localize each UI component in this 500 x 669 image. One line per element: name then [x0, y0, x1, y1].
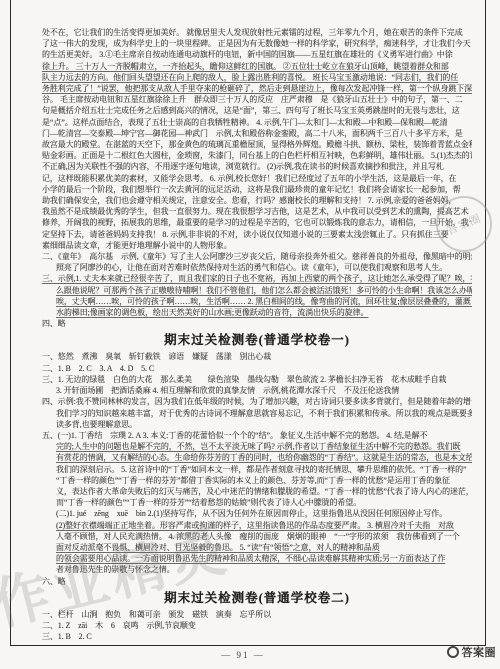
answer-line: 一、栏杆 山涧 抱负 和蔼可亲 颁发 磁铁 演奏 忘乎所以 — [42, 609, 472, 620]
answer-line: 二、《童年》 高尔基 示例,《童年》写了主人公阿廖沙三岁丧父后，随母亲投奔外祖父… — [42, 251, 472, 262]
answer-line: (2)整好衣襟端端正正地坐着。形容严肃或拘谨的样子，这里指读鲁迅的作品态度要严肃… — [42, 520, 472, 531]
logo-text: 答案圈 — [462, 644, 497, 660]
answer-line: 不正确,因为关联性不强的内容，不用逐字逐句地读，浏览就行。 (2)示例,我在读书… — [42, 161, 472, 172]
exam2-title: 期末过关检测卷(普通学校卷二) — [42, 591, 472, 606]
answer-line: 一、悠然 煮沸 臭氧 斩钉截铁 谚语 嫌疑 荡漾 别出心裁 — [42, 351, 472, 362]
answer-line: 人毫不顾惜，对人民充满热情。 4. 浓黑的老人头像 瘦削的面庞 炯炯的眼神 “一… — [42, 531, 472, 542]
answer-line: 四、示例:我不赞同林林的发言，因为我们在低年级的时候，为了增加兴趣，对古诗词只要… — [42, 396, 472, 407]
previous-section-answers-block: 处不在，它让我们的生活变得更加美好。 就像居里夫人发现放射性元素镭的过程，三年零… — [42, 27, 472, 329]
answer-line: 有赏花的情调，又有解结的心态。生命给你芬芳的丁香的同时，也给你幽怨的“丁香结”。… — [42, 452, 472, 463]
answer-line: 素细细品读文章，才能更好地理解小说中的人物形象。 — [42, 240, 472, 251]
answer-line: 水韵梯田;像画家的调色板，绘出天然美好的山水画;更像跃动的音符，流淌出快乐的旋律… — [42, 307, 472, 318]
answer-line: 面对反动派毫不畏惧、横眉冷对、目光坚毅的鲁迅。 5. “读”有“领悟”之意，对人… — [42, 542, 472, 553]
answer-line: 三、1. 无边的绿毯 白色的大花 那么柔美 绿色渲染 墨线勾勒 翠色欲流 2. … — [42, 374, 472, 385]
answer-line: 六、略 — [42, 576, 472, 587]
page-number-text: — 91 — — [221, 650, 265, 660]
answer-line: 句是概括介绍五壮士完成任务之后感到高兴的情况，这是“面”，第三、四句写了班长马宝… — [42, 105, 472, 116]
answer-line: 修养，开阔我的视野，拓展我的思维，最重要的是学习的过程是辛苦的，它也可以锻炼我的… — [42, 217, 472, 228]
answer-line: 五、(一)1. 丁香结 宗璞 2. A 3. 本义:丁香的花蕾恰似一个个的“结”… — [42, 430, 472, 441]
answer-line: 读多背,也要理解意思。 — [42, 419, 472, 430]
answer-line: 贴金彩画。正面是十二根红色大圆柱，金琐窗，朱漆门，同台基上的白色栏杆相互衬映，色… — [42, 150, 472, 161]
answer-line: 的领会需要用心品读。一方面说明鲁迅先生的精神和品质太精深，不细心品读难解其精神实… — [42, 553, 472, 564]
exam2-answers-block: 一、栏杆 山涧 抱负 和蔼可亲 颁发 磁铁 演奏 忘乎所以二、1. Z zāi … — [42, 609, 472, 643]
answer-line: 小学的最后一个阶段，我们想举行一次去黄河的远足活动，这将是我们最珍贵的童年记忆！… — [42, 184, 472, 195]
answer-line: 记，这样既能积累优美的素材，又能学会思考。 6. 示例,校长您好！我们已经度过了… — [42, 173, 472, 184]
answer-line: 3. 开轩面场圃 把酒话桑麻 4. 相互理解和欣赏的真挚友情 示例,桃花潭水深千… — [42, 385, 472, 396]
answer-line: 定坚持下去，请爸爸妈妈支持我！ 8. 示例,非非说的不对，读小说仅仅知道小说的三… — [42, 229, 472, 240]
answer-line: 的生活更美好。 3.①毛主席亲自按动连通电动旗杆的电钮，新中国的国旗——五星红旗… — [42, 49, 472, 60]
answer-line: 我虽然不是成绩最优秀的学生，但我一直很努力。现在我很想学习吉他，这是艺术，从中我… — [42, 206, 472, 217]
answer-site-logo: 答案圈 — [447, 644, 497, 660]
logo-circle-icon — [447, 646, 459, 658]
answer-line: 者对鲁迅先生的崇敬与怀念之情。 — [42, 564, 472, 575]
answer-line: 是“点”。这样点面结合，表现了五壮士崇高的自我牺牲精神。 4. 示例,午门—太和… — [42, 117, 472, 128]
answer-line: 唉，丈夫啊……唉，可怜的孩子啊……唉，生活啊…… 2. 黑白相间的线，像弯曲的河… — [42, 296, 472, 307]
answers-content: 处不在，它让我们的生活变得更加美好。 就像居里夫人发现放射性元素镭的过程，三年零… — [42, 27, 472, 643]
answer-line: 而“丁香一样的颜色”“丁香一样的芬芳”“结着愁怨的姑娘”则代表了诗人心中朦胧的希… — [42, 497, 472, 508]
answer-line: “丁香一样的颜色”“丁香一样的芬芳”都借丁香实际的本义上的颜色、芬芳等,而“丁香… — [42, 475, 472, 486]
answer-line: 谷。 毛主席按动电钮和五星红旗徐徐上升 群众即三十万人的反应 庄严肃穆 是《狼牙… — [42, 94, 472, 105]
answer-line: 二、1. B 2. C 3. A 4. D 5. C — [42, 363, 472, 374]
answer-line: 三、示例,1. 丈夫本来就已经很辛苦了，而且我们家的日子也不宽裕，再加上西蒙的两… — [42, 273, 472, 284]
exam1-answers-block: 一、悠然 煮沸 臭氧 斩钉截铁 谚语 嫌疑 荡漾 别出心裁二、1. B 2. C… — [42, 351, 472, 586]
page-number: — 91 — — [0, 650, 486, 660]
answer-line: 完的;人生中的问题也是解不完的，不然，岂不太平淡无味了吗? 示例,作者以丁香结象… — [42, 441, 472, 452]
answer-line: 义，表达作者大革命失败后的幻灭与痛苦，及心中迷茫的情绪和朦胧的希望。“丁香一样的… — [42, 486, 472, 497]
exam1-title: 期末过关检测卷(普通学校卷一) — [42, 333, 472, 348]
answer-line: 么跟他说呢？可那两个孩子正嗷嗷待哺啊！我们不管他们，他们怎么都会被活活饿死！多可… — [42, 285, 472, 296]
answer-line: 处不在，它让我们的生活变得更加美好。 就像居里夫人发现放射性元素镭的过程，三年零… — [42, 27, 472, 38]
answer-line: 三、1. B 2. C — [42, 631, 472, 642]
answer-line: 我们学习的知识越来越丰富，对于优秀的古诗词不理解意思就容易忘记，不利于我们积累和… — [42, 408, 472, 419]
answer-line: 助我们确保安全，我们也会遵守相关规定，注意安全。您看，行吗？感谢校长的理解和支持… — [42, 195, 472, 206]
answer-line: 我们的深刻启示。 5. 这首诗中的“丁香”如同本文一样，都是作者刻意寻找的寄托情… — [42, 464, 472, 475]
answer-line: 故宫最大的殿堂。在湛蓝的天空下，那金黄色的琉璃瓦重檐屋顶，显得格外辉煌。殿檐斗拱… — [42, 139, 472, 150]
answer-line: 二、1. Z zāi 木 6 哀鸣 示例,节哀顺变 — [42, 620, 472, 631]
answer-line: 务胜利完成了！”说罢，他把那支从敌人手里夺来的枪砸碎了，然后走到悬崖边上，像每次… — [42, 83, 472, 94]
answer-line: 了这一伟大的发现，成为科学史上的一块里程碑。 正是因为有无数像她一样的科学家，研… — [42, 38, 472, 49]
scanned-answer-page: 处不在，它让我们的生活变得更加美好。 就像居里夫人发现放射性元素镭的过程，三年零… — [0, 0, 500, 669]
answer-line: 队主力远去的方向。他们回头望望还在向上爬的敌人，脸上露出胜利的喜悦。 班长马宝玉… — [42, 72, 472, 83]
answer-line: 四、略 — [42, 318, 472, 329]
answer-line: 门—乾清宫—交泰殿—坤宁宫—御花园—神武门 示例,太和殿俗称金銮殿，高二十八米，… — [42, 128, 472, 139]
answer-line: 徐上升。 三十万人一齐脱帽肃立，一齐抬起头，瞻仰这鲜红的国旗。 ②五位壮士屹立在… — [42, 61, 472, 72]
answer-line: (二)1. jué zēng xuē bìn 2.(1)坚持写作，从不因为任何外… — [42, 508, 472, 519]
answer-line: 照亮了阿廖沙的心，让他在面对苦难时依然保持对生活的勇气和信心。读《童年》，可以使… — [42, 262, 472, 273]
